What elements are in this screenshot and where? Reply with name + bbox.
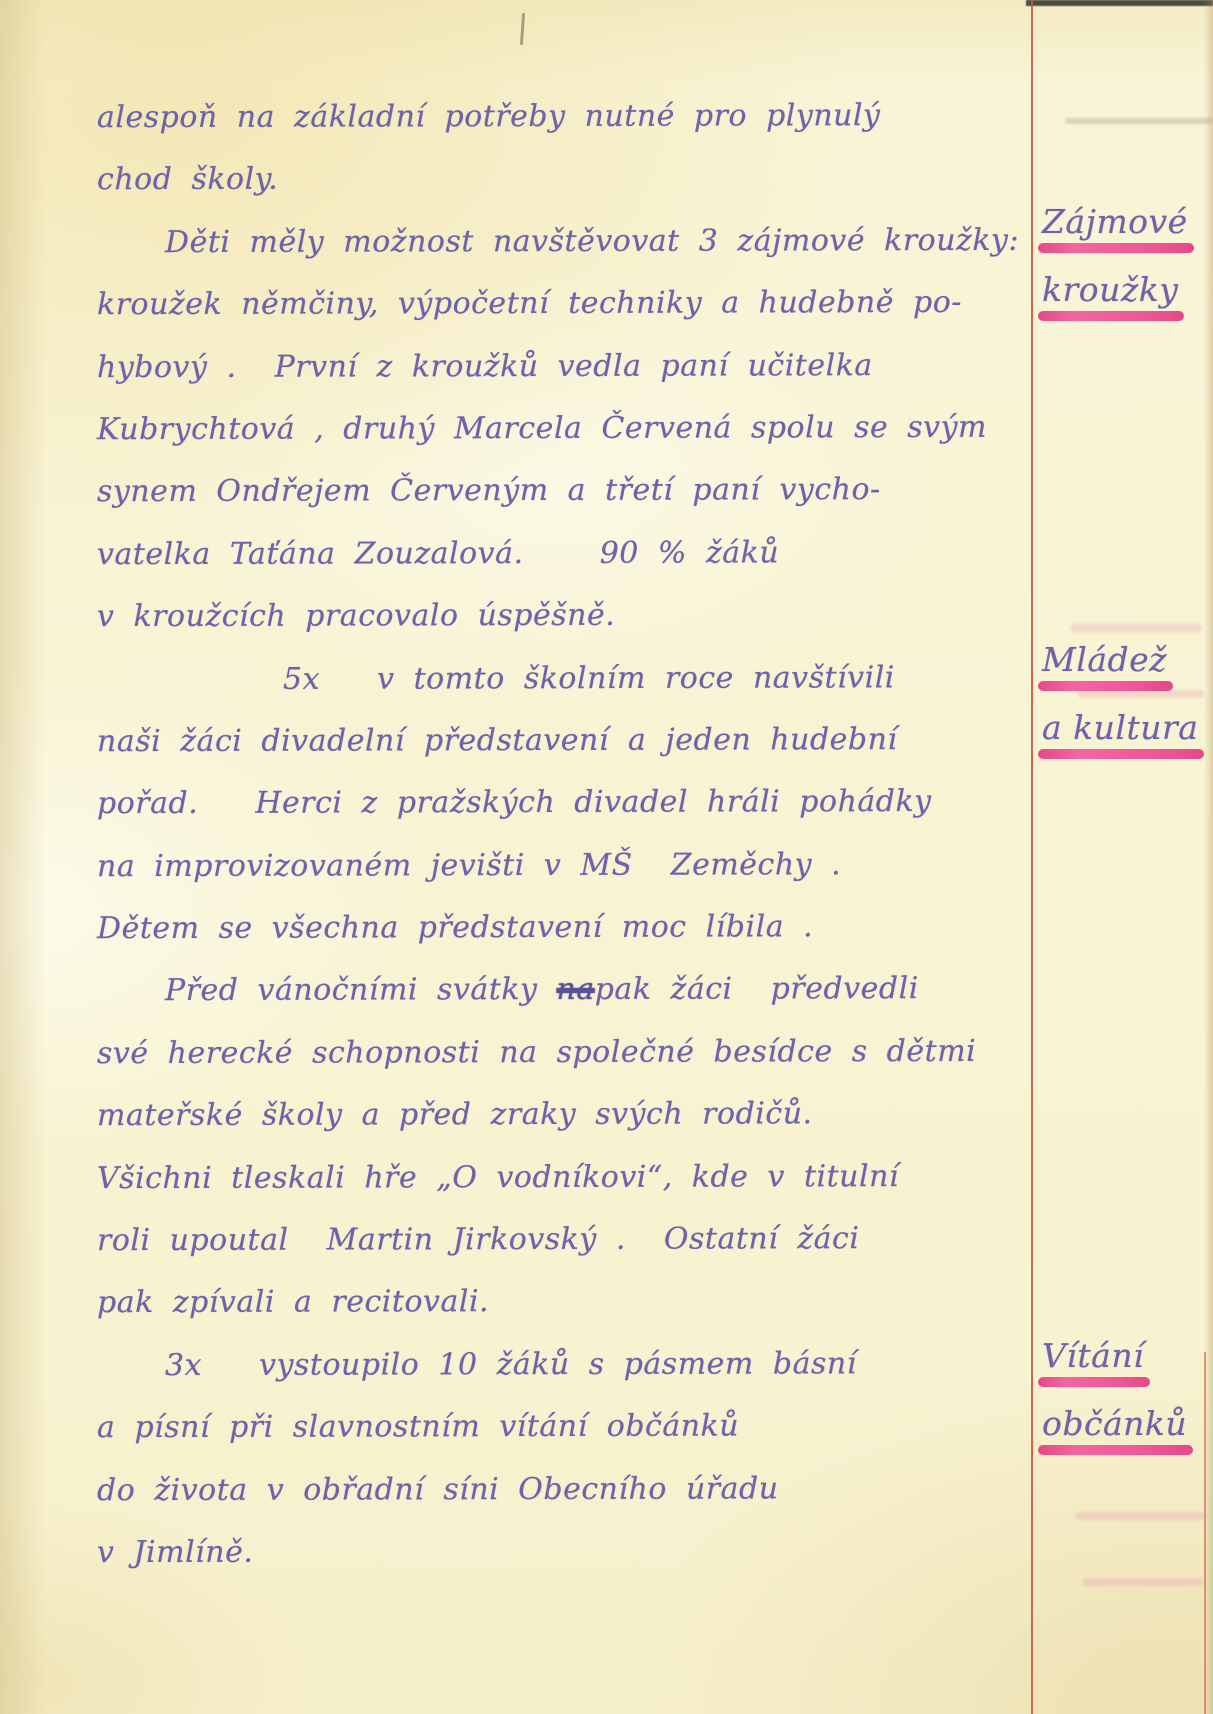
margin-note-entry: Zájmové: [1042, 202, 1188, 253]
bleed-through-mark: [1082, 1578, 1204, 1586]
margin-note-entry: a kultura: [1042, 708, 1198, 759]
margin-note-text: Zájmové: [1042, 202, 1188, 242]
margin-note-entry: Vítání: [1042, 1336, 1144, 1387]
manuscript-line: Děti měly možnost navštěvovat 3 zájmové …: [165, 212, 977, 277]
text-segment: do života v obřadní síni Obecního úřadu: [97, 1471, 779, 1508]
text-segment: 5x v tomto školním roce navštívili: [283, 660, 895, 697]
text-segment: v kroužcích pracovalo úspěšně.: [97, 598, 615, 634]
bleed-through-mark: [1070, 624, 1202, 632]
text-segment: na improvizovaném jevišti v MŠ Zeměchy .: [97, 847, 841, 884]
manuscript-line: synem Ondřejem Červeným a třetí paní vyc…: [97, 461, 977, 526]
manuscript-line: Kubrychtová , druhý Marcela Červená spol…: [97, 399, 977, 464]
manuscript-line: hybový . První z kroužků vedla paní učit…: [97, 336, 977, 401]
manuscript-line: své herecké schopnosti na společné besíd…: [97, 1023, 977, 1088]
text-segment: kroužek němčiny, výpočetní techniky a hu…: [97, 285, 962, 322]
margin-note-text: Mládež: [1042, 640, 1167, 680]
struck-word: na: [556, 972, 594, 1007]
manuscript-line: na improvizovaném jevišti v MŠ Zeměchy .: [97, 836, 977, 901]
text-segment: 3x vystoupilo 10 žáků s pásmem básní: [165, 1346, 857, 1383]
manuscript-line: Dětem se všechna představení moc líbila …: [97, 898, 977, 963]
text-segment: naši žáci divadelní představení a jeden …: [97, 722, 898, 759]
pink-underline: [1038, 243, 1194, 253]
text-segment: Kubrychtová , druhý Marcela Červená spol…: [97, 410, 987, 447]
margin-rule-line: [1031, 0, 1033, 1714]
pink-underline: [1038, 1377, 1150, 1387]
scan-edge-shadow: [1026, 0, 1213, 6]
manuscript-line: v kroužcích pracovalo úspěšně.: [97, 586, 977, 651]
pink-underline: [1038, 311, 1184, 321]
manuscript-line: a písní při slavnostním vítání občánků: [97, 1397, 977, 1462]
margin-note-text: a kultura: [1042, 708, 1198, 748]
manuscript-page: alespoň na základní potřeby nutné pro pl…: [0, 0, 1213, 1714]
text-segment: Děti měly možnost navštěvovat 3 zájmové …: [165, 223, 1019, 260]
text-segment: chod školy.: [97, 162, 278, 197]
text-segment: synem Ondřejem Červeným a třetí paní vyc…: [97, 472, 881, 509]
bleed-through-mark: [1065, 118, 1213, 124]
margin-note-zajmove-krouzky: Zájmovékroužky: [1042, 202, 1212, 338]
manuscript-line: v Jimlíně.: [97, 1522, 977, 1587]
margin-note-entry: Mládež: [1042, 640, 1167, 691]
manuscript-line: pak zpívali a recitovali.: [97, 1272, 977, 1337]
text-segment: v Jimlíně.: [97, 1535, 253, 1570]
pink-underline: [1038, 681, 1173, 691]
text-segment: vatelka Taťána Zouzalová. 90 % žáků: [97, 535, 779, 572]
text-segment: roli upoutal Martin Jirkovský . Ostatní …: [97, 1221, 860, 1258]
manuscript-line: pořad. Herci z pražských divadel hráli p…: [97, 773, 977, 838]
margin-note-text: kroužky: [1042, 270, 1178, 310]
text-segment: pořad. Herci z pražských divadel hráli p…: [97, 784, 932, 821]
text-segment: své herecké schopnosti na společné besíd…: [97, 1034, 976, 1071]
text-segment: pak zpívali a recitovali.: [97, 1285, 489, 1321]
stray-ink-mark: [520, 13, 525, 45]
margin-note-entry: občánků: [1042, 1404, 1187, 1455]
manuscript-line: kroužek němčiny, výpočetní techniky a hu…: [97, 274, 977, 339]
margin-note-mladez-a-kultura: Mládeža kultura: [1042, 640, 1212, 776]
pink-underline: [1038, 1445, 1193, 1455]
text-segment: Dětem se všechna představení moc líbila …: [97, 909, 813, 946]
text-segment: Před vánočními svátky: [165, 973, 557, 1009]
margin-note-vitani-obcanku: Vítáníobčánků: [1042, 1336, 1212, 1472]
manuscript-line: alespoň na základní potřeby nutné pro pl…: [97, 87, 977, 152]
text-segment: mateřské školy a před zraky svých rodičů…: [97, 1097, 813, 1134]
manuscript-line: vatelka Taťána Zouzalová. 90 % žáků: [97, 524, 977, 589]
text-segment: Všichni tleskali hře „O vodníkovi“, kde …: [97, 1159, 899, 1196]
manuscript-line: Před vánočními svátky napak žáci předved…: [165, 960, 977, 1025]
pink-underline: [1038, 749, 1204, 759]
text-segment: hybový . První z kroužků vedla paní učit…: [97, 348, 873, 385]
manuscript-line: naši žáci divadelní představení a jeden …: [97, 711, 977, 776]
margin-note-text: Vítání: [1042, 1336, 1144, 1376]
manuscript-line: mateřské školy a před zraky svých rodičů…: [97, 1085, 977, 1150]
text-segment: alespoň na základní potřeby nutné pro pl…: [97, 98, 881, 135]
text-segment: pak žáci předvedli: [595, 972, 919, 1008]
manuscript-line: Všichni tleskali hře „O vodníkovi“, kde …: [97, 1147, 977, 1212]
bleed-through-mark: [1075, 1512, 1207, 1520]
manuscript-lines: alespoň na základní potřeby nutné pro pl…: [97, 88, 977, 1585]
margin-note-text: občánků: [1042, 1404, 1187, 1444]
text-segment: a písní při slavnostním vítání občánků: [97, 1409, 739, 1446]
manuscript-line: roli upoutal Martin Jirkovský . Ostatní …: [97, 1210, 977, 1275]
manuscript-line: 3x vystoupilo 10 žáků s pásmem básní: [165, 1335, 977, 1400]
manuscript-line: chod školy.: [97, 149, 977, 214]
margin-note-entry: kroužky: [1042, 270, 1178, 321]
manuscript-line: do života v obřadní síni Obecního úřadu: [97, 1459, 977, 1524]
manuscript-line: 5x v tomto školním roce navštívili: [283, 649, 977, 713]
